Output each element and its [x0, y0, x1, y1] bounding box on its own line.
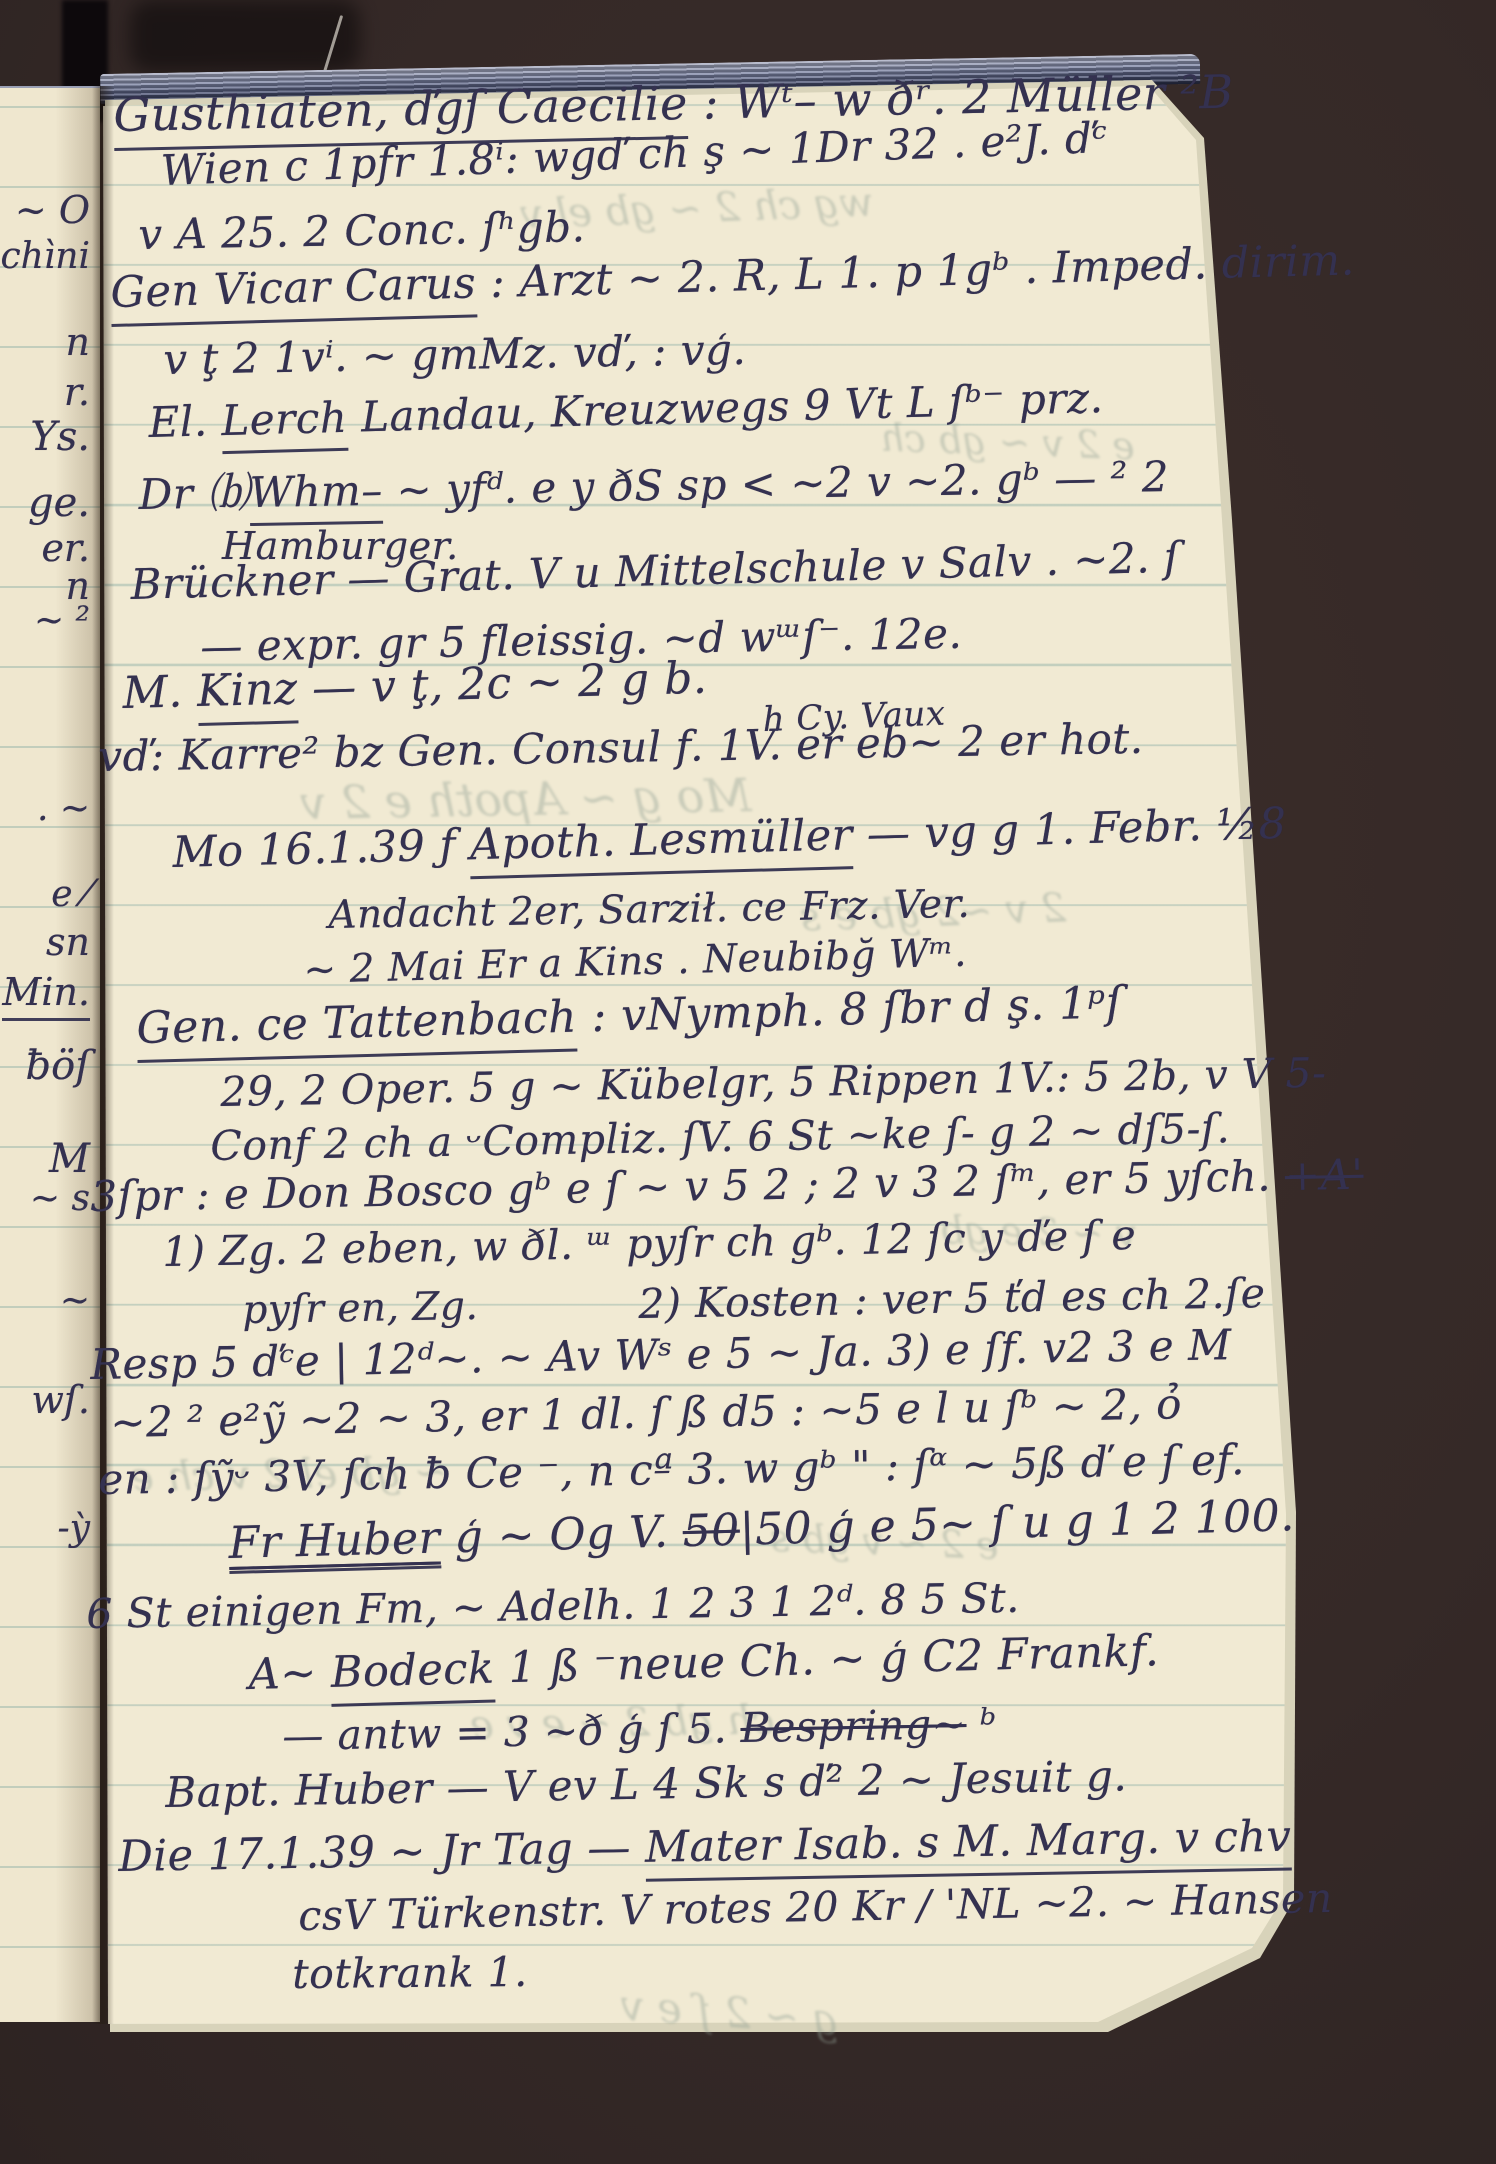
center-fold-shadow	[92, 86, 114, 2024]
left-page-text-fragment: ~ s	[30, 1178, 90, 1219]
left-page-text-fragment: ƀöſ	[26, 1043, 91, 1089]
left-page-text-fragment: Ys.	[30, 414, 90, 460]
left-page-text-fragment: -ỳ	[57, 1508, 90, 1549]
left-page-text-fragment: . ~	[37, 788, 90, 829]
left-page-text-fragment: Min.	[2, 970, 90, 1021]
notebook-photo: ~ Ochìninr.Ys.ge.er.n~ ². ~e ⁄snMin.ƀöſM…	[0, 0, 1496, 2164]
left-page-text-fragment: ~ ²	[34, 600, 90, 641]
left-page-text-fragment: chìni	[0, 236, 90, 277]
left-page-text-fragment: ~ O	[15, 188, 90, 232]
left-page-text-fragment: r.	[64, 370, 90, 414]
left-page-text-fragment: M	[49, 1136, 90, 1182]
left-page-sliver: ~ Ochìninr.Ys.ge.er.n~ ². ~e ⁄snMin.ƀöſM…	[0, 86, 100, 2022]
left-page-text-fragment: ~	[60, 1280, 90, 1321]
left-page-text-fragment: e ⁄	[51, 874, 90, 915]
left-page-text-fragment: wſ.	[31, 1378, 90, 1422]
left-page-text-fragment: ge.	[28, 480, 90, 526]
left-page-text-fragment: sn	[46, 920, 90, 964]
left-page-text-fragment: n	[66, 320, 90, 364]
